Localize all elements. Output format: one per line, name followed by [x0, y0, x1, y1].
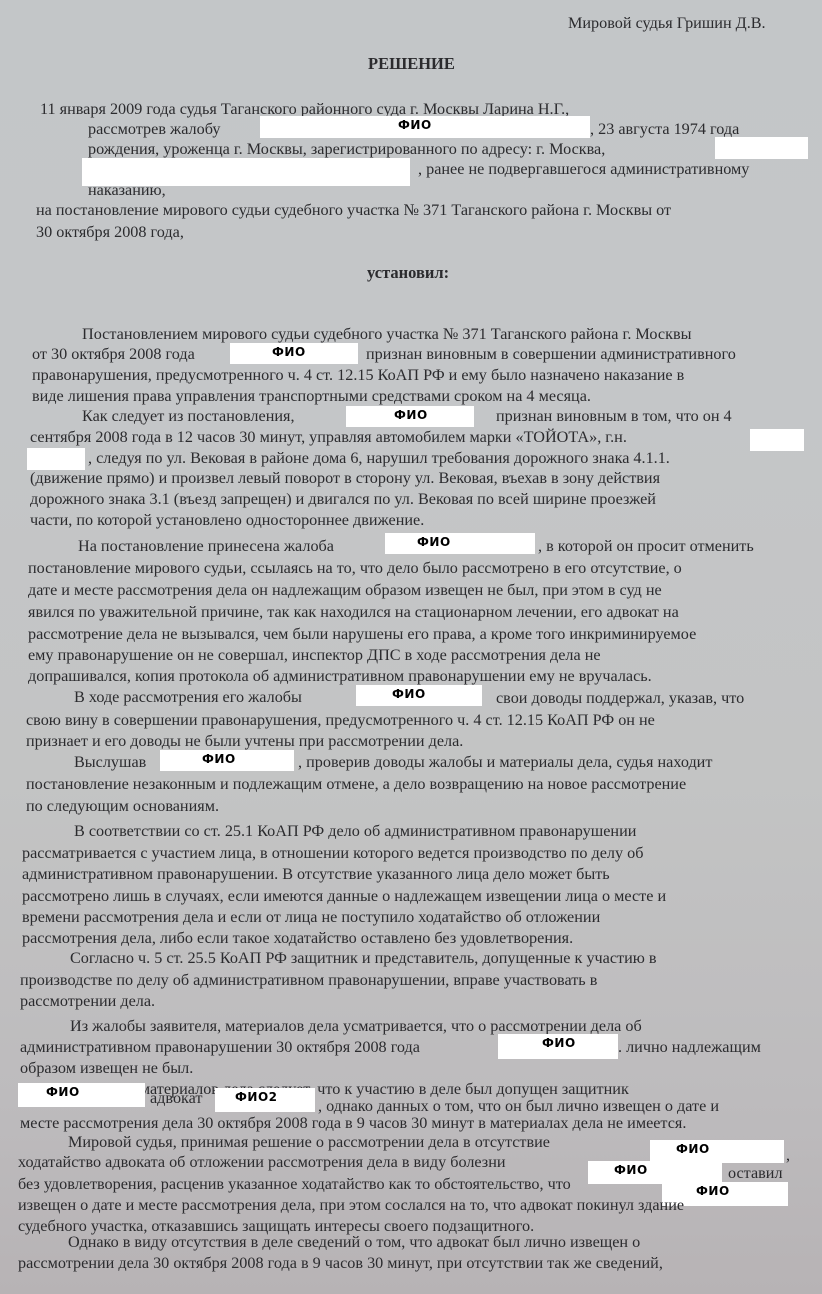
intro-line-7: 30 октября 2008 года, — [36, 222, 184, 242]
redacted-name: ФИО — [588, 1161, 722, 1184]
p4-line-1b: свои доводы поддержал, указав, что — [496, 688, 744, 708]
p11-line-2: рассмотрении дела 30 октября 2008 года в… — [18, 1253, 663, 1273]
redacted-name: ФИО — [650, 1140, 784, 1163]
p8-line-2b: . лично надлежащим — [618, 1037, 761, 1057]
redacted-name: ФИО — [260, 116, 590, 138]
p10-line-1a: Мировой судья, принимая решение о рассмо… — [68, 1132, 550, 1152]
p3-line-1b: , в которой он просит отменить — [538, 536, 754, 556]
p5-line-3: по следующим основаниям. — [26, 796, 219, 816]
p2-line-6: части, по которой установлено односторон… — [30, 510, 424, 530]
redacted-plate — [750, 429, 804, 451]
p4-line-1a: В ходе рассмотрения его жалобы — [74, 687, 302, 707]
document-page: Мировой судья Гришин Д.В. РЕШЕНИЕ 11 янв… — [0, 0, 822, 1294]
established-heading: установил: — [367, 263, 449, 283]
document-title: РЕШЕНИЕ — [368, 54, 455, 74]
redacted-name: ФИО — [230, 343, 358, 364]
p9-line-3: месте рассмотрения дела 30 октября 2008 … — [20, 1113, 686, 1133]
redaction-label: ФИО2 — [235, 1090, 278, 1104]
p6-line-4: рассмотрено лишь в случаях, если имеются… — [22, 886, 666, 906]
redaction-label: ФИО — [46, 1085, 80, 1099]
redaction-label: ФИО — [542, 1036, 576, 1050]
p1-line-2a: от 30 октября 2008 года — [32, 344, 195, 364]
p1-line-3: правонарушения, предусмотренного ч. 4 ст… — [32, 365, 684, 385]
p11-line-1: Однако в виду отсутствия в деле сведений… — [68, 1232, 640, 1252]
p10-line-1b: , — [786, 1145, 790, 1165]
redaction-label: ФИО — [676, 1142, 710, 1156]
p4-line-2: свою вину в совершении правонарушения, п… — [26, 710, 655, 730]
p1-line-4: виде лишения права управления транспортн… — [32, 386, 591, 406]
p3-line-6: ему правонарушение он не совершал, инспе… — [28, 645, 601, 665]
p3-line-1a: На постановление принесена жалоба — [78, 536, 334, 556]
redaction-label: ФИО — [696, 1184, 730, 1198]
p3-line-3: дате и месте рассмотрения дела он надлеж… — [28, 580, 662, 600]
redaction-label: ФИО — [417, 535, 451, 549]
p3-line-4: явился по уважительной причине, так как … — [28, 602, 679, 622]
intro-line-6: на постановление мирового судьи судебног… — [36, 200, 671, 220]
p5-line-1b: , проверив доводы жалобы и материалы дел… — [298, 752, 712, 772]
p1-line-1: Постановлением мирового судьи судебного … — [82, 324, 691, 344]
redacted-name: ФИО — [385, 533, 535, 554]
p6-line-1: В соответствии со ст. 25.1 КоАП РФ дело … — [74, 821, 636, 841]
p7-line-2: производстве по делу об административном… — [20, 970, 597, 990]
redaction-label: ФИО — [392, 687, 426, 701]
p3-line-7: допрашивался, копия протокола об админис… — [28, 666, 652, 686]
p10-line-3a: без удовлетворения, расценив указанное х… — [18, 1174, 571, 1194]
redacted-name-2: ФИО2 — [215, 1088, 315, 1112]
intro-line-2b: , 23 августа 1974 года — [590, 119, 739, 139]
redacted-name: ФИО — [160, 750, 294, 771]
p6-line-6: рассмотрения дела, либо если такое ходат… — [22, 928, 573, 948]
p10-line-2b: оставил — [728, 1163, 783, 1183]
p2-line-2: сентября 2008 года в 12 часов 30 минут, … — [30, 427, 627, 447]
redaction-label: ФИО — [394, 408, 428, 422]
p2-line-5: дорожного знака 3.1 (въезд запрещен) и д… — [30, 489, 656, 509]
p5-line-2: постановление незаконным и подлежащим от… — [26, 774, 686, 794]
p7-line-3: рассмотрении дела. — [20, 991, 155, 1011]
p10-line-2a: ходатайство адвоката об отложении рассмо… — [18, 1152, 506, 1172]
p8-line-1: Из жалобы заявителя, материалов дела усм… — [70, 1016, 642, 1036]
judge-label: Мировой судья Гришин Д.В. — [568, 14, 766, 33]
p3-line-2: постановление мирового судьи, ссылаясь н… — [28, 558, 682, 578]
p6-line-2: рассматривается с участием лица, в отнош… — [22, 843, 643, 863]
p9-line-2a: адвокат — [150, 1088, 203, 1108]
redacted-name: ФИО — [498, 1034, 618, 1059]
p6-line-5: времени рассмотрения дела и если от лица… — [22, 907, 600, 927]
redacted-name: ФИО — [356, 685, 482, 706]
redacted-plate-2 — [27, 448, 85, 470]
p2-line-1a: Как следует из постановления, — [82, 406, 295, 426]
p4-line-3: признает и его доводы не были учтены при… — [26, 731, 463, 751]
p7-line-1: Согласно ч. 5 ст. 25.5 КоАП РФ защитник … — [70, 948, 657, 968]
intro-text: рассмотрев жалобу — [88, 120, 220, 138]
intro-line-5: наказанию, — [88, 180, 166, 200]
intro-line-4: , ранее не подвергавшегося административ… — [418, 159, 749, 179]
redaction-label: ФИО — [398, 118, 432, 132]
p2-line-4: (движение прямо) и произвел левый поворо… — [30, 468, 660, 488]
redaction-label: ФИО — [614, 1163, 648, 1177]
p6-line-3: административном правонарушении. В отсут… — [22, 864, 610, 884]
p10-line-4: извещен о дате и месте рассмотрения дела… — [18, 1195, 684, 1215]
p8-line-3: образом извещен не был. — [20, 1058, 193, 1078]
p2-line-3: , следуя по ул. Вековая в районе дома 6,… — [88, 448, 670, 468]
p2-line-1b: признан виновным в том, что он 4 — [496, 406, 732, 426]
redaction-label: ФИО — [202, 752, 236, 766]
redacted-address — [715, 137, 808, 159]
p5-line-1a: Выслушав — [74, 752, 146, 772]
p3-line-5: рассмотрение дела не вызывался, чем были… — [28, 624, 696, 644]
redacted-name: ФИО — [346, 406, 474, 427]
redaction-label: ФИО — [272, 345, 306, 359]
redacted-name: ФИО — [18, 1083, 145, 1107]
intro-line-3: рождения, уроженца г. Москвы, зарегистри… — [88, 139, 605, 159]
p8-line-2a: административном правонарушении 30 октяб… — [20, 1037, 420, 1057]
p1-line-2b: признан виновным в совершении администра… — [366, 344, 736, 364]
